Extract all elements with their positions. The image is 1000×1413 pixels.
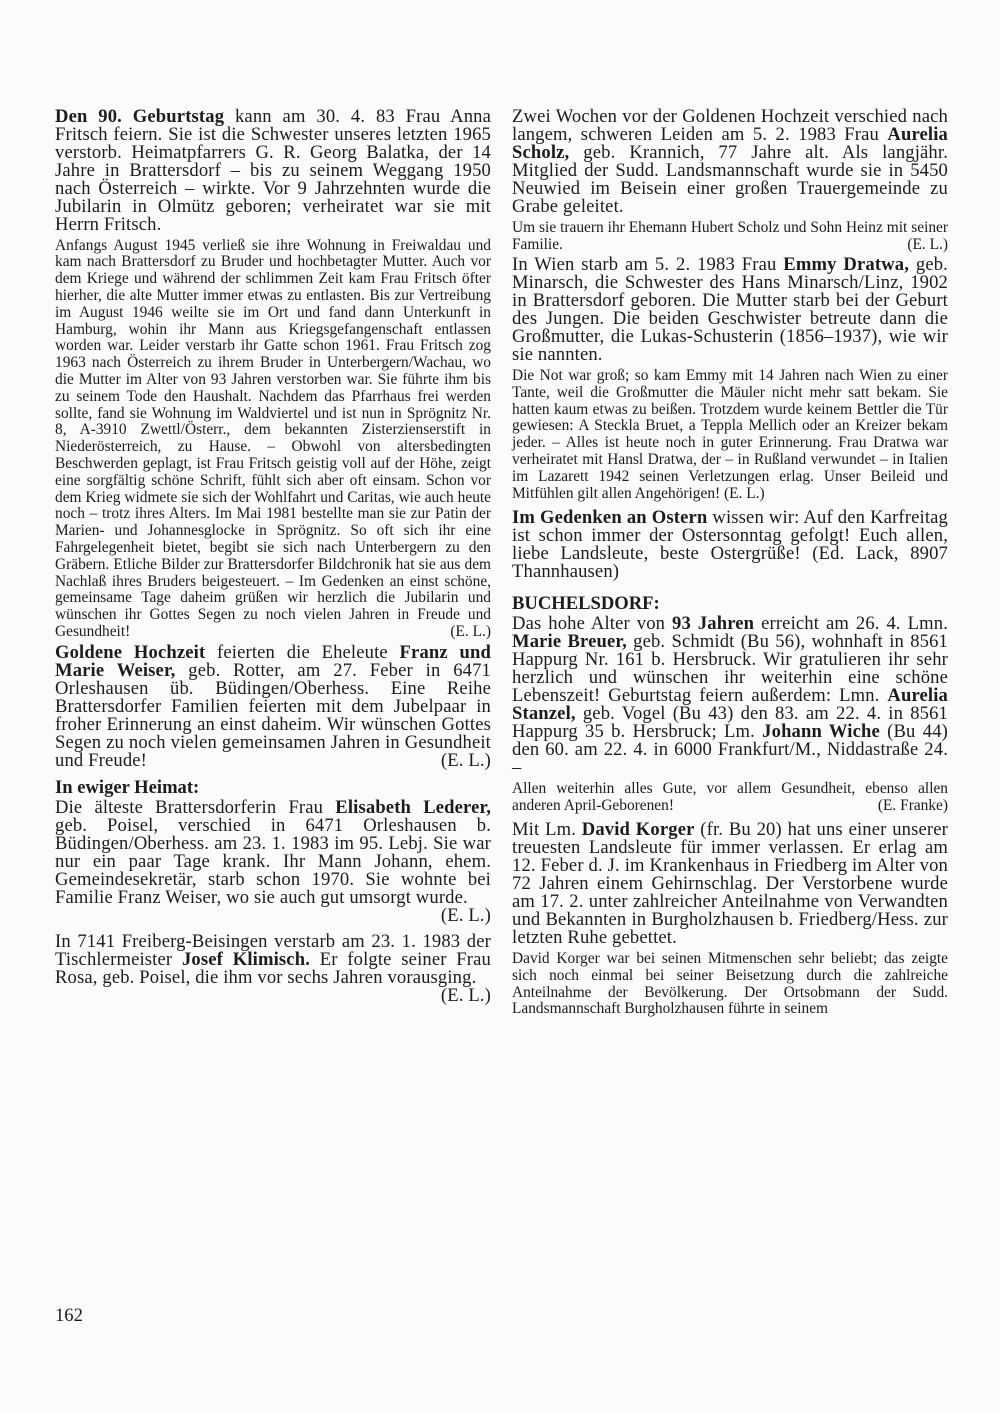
section-heading-buchelsdorf: BUCHELSDORF:	[512, 595, 948, 613]
author-signature: (E. L.)	[441, 987, 491, 1005]
article-buchelsdorf-birthdays: Das hohe Alter von 93 Jahren erreicht am…	[512, 615, 948, 777]
article-text: (fr. Bu 20) hat uns einer unserer treues…	[512, 819, 948, 948]
obituary-dratwa-detail: Die Not war groß; so kam Emmy mit 14 Jah…	[512, 368, 948, 502]
author-signature: (E. Franke)	[878, 798, 948, 815]
author-signature: (E. L.)	[441, 907, 491, 925]
author-signature: (E. L.)	[907, 237, 948, 254]
article-text: geb. Krannich, 77 Jahre alt. Als langjäh…	[512, 142, 948, 217]
article-text: David Korger war bei seinen Mitmenschen …	[512, 950, 948, 1017]
page-number: 162	[55, 1305, 83, 1327]
obituary-korger: Mit Lm. David Korger (fr. Bu 20) hat uns…	[512, 821, 948, 947]
article-90th-birthday-detail: Anfangs August 1945 verließ sie ihre Woh…	[55, 238, 491, 641]
obituary-dratwa: In Wien starb am 5. 2. 1983 Frau Emmy Dr…	[512, 256, 948, 364]
obituary-lederer: Die älteste Brattersdorferin Frau Elisab…	[55, 799, 491, 925]
right-column: Zwei Wochen vor der Goldenen Hochzeit ve…	[512, 108, 948, 1021]
obituary-scholz-detail: Um sie trauern ihr Ehemann Hubert Scholz…	[512, 220, 948, 254]
article-text: Die Not war groß; so kam Emmy mit 14 Jah…	[512, 367, 948, 502]
left-column: Den 90. Geburtstag kann am 30. 4. 83 Fra…	[55, 108, 491, 1009]
article-buchelsdorf-wishes: Allen weiterhin alles Gute, vor allem Ge…	[512, 781, 948, 815]
obituary-korger-detail: David Korger war bei seinen Mitmenschen …	[512, 951, 948, 1018]
article-text: geb. Poisel, verschied in 6471 Orleshaus…	[55, 815, 491, 908]
article-text: kann am 30. 4. 83 Frau Anna Fritsch feie…	[55, 106, 491, 235]
author-signature: (E. L.)	[450, 624, 491, 641]
section-heading-in-ewiger-heimat: In ewiger Heimat:	[55, 779, 491, 797]
article-text: Anfangs August 1945 verließ sie ihre Woh…	[55, 237, 491, 640]
article-golden-wedding: Goldene Hochzeit feierten die Eheleute F…	[55, 644, 491, 770]
article-text: Um sie trauern ihr Ehemann Hubert Scholz…	[512, 219, 948, 253]
author-signature: (E. L.)	[441, 752, 491, 770]
document-page: Den 90. Geburtstag kann am 30. 4. 83 Fra…	[0, 0, 1000, 1413]
article-text: Zwei Wochen vor der Goldenen Hochzeit ve…	[512, 106, 948, 145]
article-90th-birthday: Den 90. Geburtstag kann am 30. 4. 83 Fra…	[55, 108, 491, 234]
obituary-klimisch: In 7141 Freiberg-Beisingen verstarb am 2…	[55, 933, 491, 1005]
obituary-scholz: Zwei Wochen vor der Goldenen Hochzeit ve…	[512, 108, 948, 216]
article-easter-greeting: Im Gedenken an Ostern wissen wir: Auf de…	[512, 509, 948, 581]
